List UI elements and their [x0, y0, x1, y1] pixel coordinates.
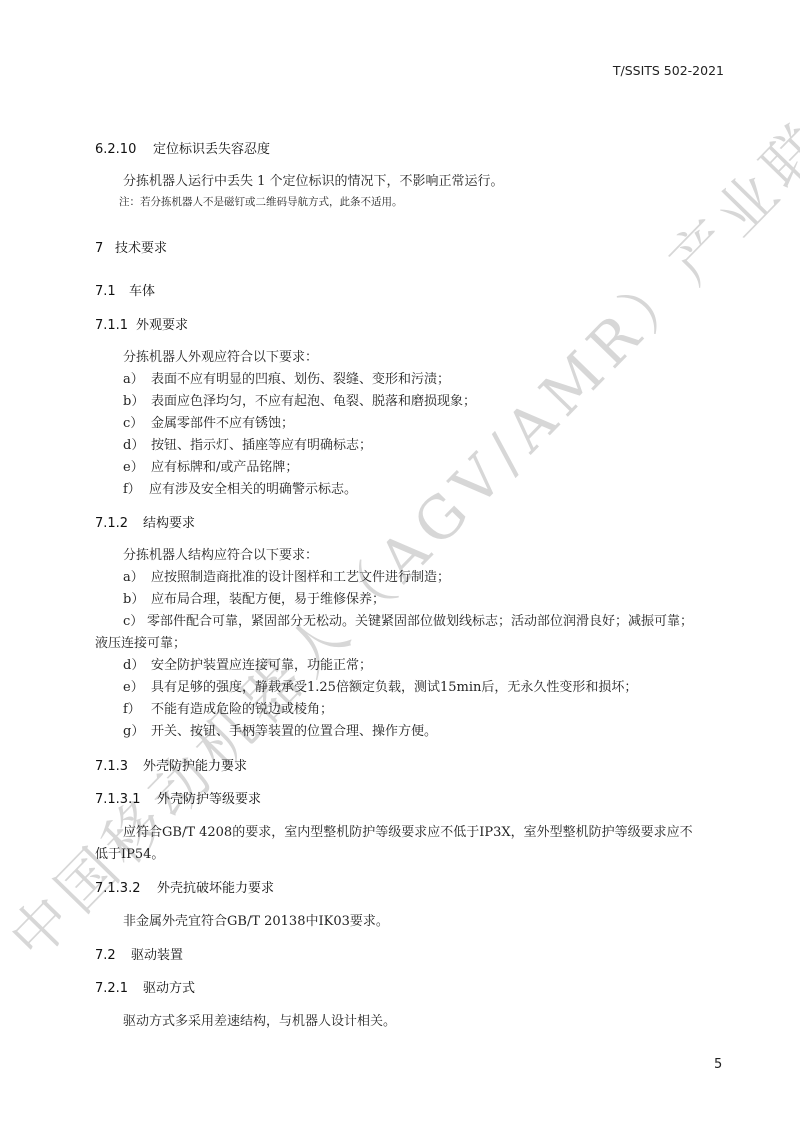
list-label: b）: [123, 390, 151, 409]
heading-7-2: 7.2驱动装置: [95, 944, 183, 963]
section-title: 外观要求: [136, 318, 188, 333]
list-item: d）安全防护装置应连接可靠，功能正常；: [123, 654, 372, 673]
list-text: 按钮、指示灯、插座等应有明确标志；: [151, 438, 372, 453]
list-label: e）: [123, 676, 151, 695]
section-number: 7: [95, 241, 115, 256]
list-text: 应有标牌和/或产品铭牌；: [151, 460, 298, 475]
heading-7-1: 7.1车体: [95, 280, 155, 299]
section-title: 车体: [129, 284, 155, 299]
list-item: d）按钮、指示灯、插座等应有明确标志；: [123, 434, 372, 453]
list-label: c）: [123, 610, 147, 629]
list-item: a）应按照制造商批准的设计图样和工艺文件进行制造；: [123, 566, 450, 585]
list-text: 安全防护装置应连接可靠，功能正常；: [151, 658, 372, 673]
list-text: 应布局合理，装配方便，易于维修保养；: [151, 592, 385, 607]
heading-7: 7技术要求: [95, 237, 167, 256]
list-label: c）: [123, 412, 151, 431]
section-number: 7.1: [95, 284, 129, 299]
paragraph: 非金属外壳宜符合GB/T 20138中IK03要求。: [123, 910, 389, 929]
list-label: g）: [123, 720, 151, 739]
list-item: c）零部件配合可靠，紧固部分无松动。关键紧固部位做划线标志；活动部位润滑良好；减…: [123, 610, 693, 629]
section-title: 驱动方式: [143, 981, 195, 996]
paragraph: 应符合GB/T 4208的要求，室内型整机防护等级要求应不低于IP3X，室外型整…: [123, 821, 693, 840]
list-text: 不能有造成危险的锐边或棱角；: [151, 702, 333, 717]
section-title: 技术要求: [115, 241, 167, 256]
list-label: f）: [123, 478, 149, 497]
section-number: 7.1.3: [95, 759, 143, 774]
list-text: 开关、按钮、手柄等装置的位置合理、操作方便。: [151, 724, 437, 739]
section-number: 7.2.1: [95, 981, 143, 996]
section-title: 驱动装置: [131, 948, 183, 963]
heading-7-1-3-1: 7.1.3.1外壳防护等级要求: [95, 788, 261, 807]
list-item: f）应有涉及安全相关的明确警示标志。: [123, 478, 357, 497]
list-label: d）: [123, 654, 151, 673]
paragraph: 分拣机器人外观应符合以下要求：: [123, 346, 318, 365]
list-item: b）表面应色泽均匀，不应有起泡、龟裂、脱落和磨损现象；: [123, 390, 476, 409]
section-title: 外壳防护能力要求: [143, 759, 247, 774]
list-text: 应按照制造商批准的设计图样和工艺文件进行制造；: [151, 570, 450, 585]
paragraph: 分拣机器人运行中丢失 1 个定位标识的情况下，不影响正常运行。: [123, 170, 504, 189]
list-label: e）: [123, 456, 151, 475]
paragraph: 驱动方式多采用差速结构，与机器人设计相关。: [123, 1010, 396, 1029]
heading-7-1-1: 7.1.1外观要求: [95, 314, 188, 333]
list-label: a）: [123, 368, 151, 387]
document-page: 中国移动机器人（AGV/AMR）产业联盟 T/SSITS 502-2021 6.…: [0, 0, 800, 1132]
heading-7-2-1: 7.2.1驱动方式: [95, 977, 195, 996]
list-text: 零部件配合可靠，紧固部分无松动。关键紧固部位做划线标志；活动部位润滑良好；减振可…: [147, 614, 693, 629]
section-number: 6.2.10: [95, 142, 153, 157]
section-title: 外壳抗破坏能力要求: [157, 881, 274, 896]
section-number: 7.1.3.1: [95, 792, 157, 807]
list-text: 应有涉及安全相关的明确警示标志。: [149, 482, 357, 497]
heading-7-1-2: 7.1.2结构要求: [95, 512, 195, 531]
section-number: 7.1.2: [95, 516, 143, 531]
list-text: 具有足够的强度，静载承受1.25倍额定负载，测试15min后，无永久性变形和损坏…: [151, 680, 637, 695]
section-title: 定位标识丢失容忍度: [153, 142, 270, 157]
list-item: a）表面不应有明显的凹痕、划伤、裂缝、变形和污渍；: [123, 368, 450, 387]
list-item: f）不能有造成危险的锐边或棱角；: [123, 698, 333, 717]
list-item: e）具有足够的强度，静载承受1.25倍额定负载，测试15min后，无永久性变形和…: [123, 676, 637, 695]
paragraph-continuation: 低于IP54。: [95, 843, 164, 862]
list-item: g）开关、按钮、手柄等装置的位置合理、操作方便。: [123, 720, 437, 739]
heading-7-1-3: 7.1.3外壳防护能力要求: [95, 755, 247, 774]
heading-6-2-10: 6.2.10定位标识丢失容忍度: [95, 138, 270, 157]
standard-code: T/SSITS 502-2021: [613, 63, 724, 78]
heading-7-1-3-2: 7.1.3.2外壳抗破坏能力要求: [95, 877, 274, 896]
page-number: 5: [714, 1057, 722, 1072]
list-label: b）: [123, 588, 151, 607]
list-item: c）金属零部件不应有锈蚀；: [123, 412, 294, 431]
list-item-continuation: 液压连接可靠；: [95, 632, 186, 651]
list-text: 金属零部件不应有锈蚀；: [151, 416, 294, 431]
list-item: b）应布局合理，装配方便，易于维修保养；: [123, 588, 385, 607]
list-text: 表面不应有明显的凹痕、划伤、裂缝、变形和污渍；: [151, 372, 450, 387]
section-number: 7.2: [95, 948, 131, 963]
list-item: e）应有标牌和/或产品铭牌；: [123, 456, 298, 475]
list-label: a）: [123, 566, 151, 585]
section-title: 结构要求: [143, 516, 195, 531]
section-number: 7.1.1: [95, 318, 136, 333]
section-number: 7.1.3.2: [95, 881, 157, 896]
list-label: d）: [123, 434, 151, 453]
note: 注：若分拣机器人不是磁钉或二维码导航方式，此条不适用。: [119, 194, 403, 209]
list-text: 表面应色泽均匀，不应有起泡、龟裂、脱落和磨损现象；: [151, 394, 476, 409]
paragraph: 分拣机器人结构应符合以下要求：: [123, 544, 318, 563]
list-label: f）: [123, 698, 151, 717]
section-title: 外壳防护等级要求: [157, 792, 261, 807]
